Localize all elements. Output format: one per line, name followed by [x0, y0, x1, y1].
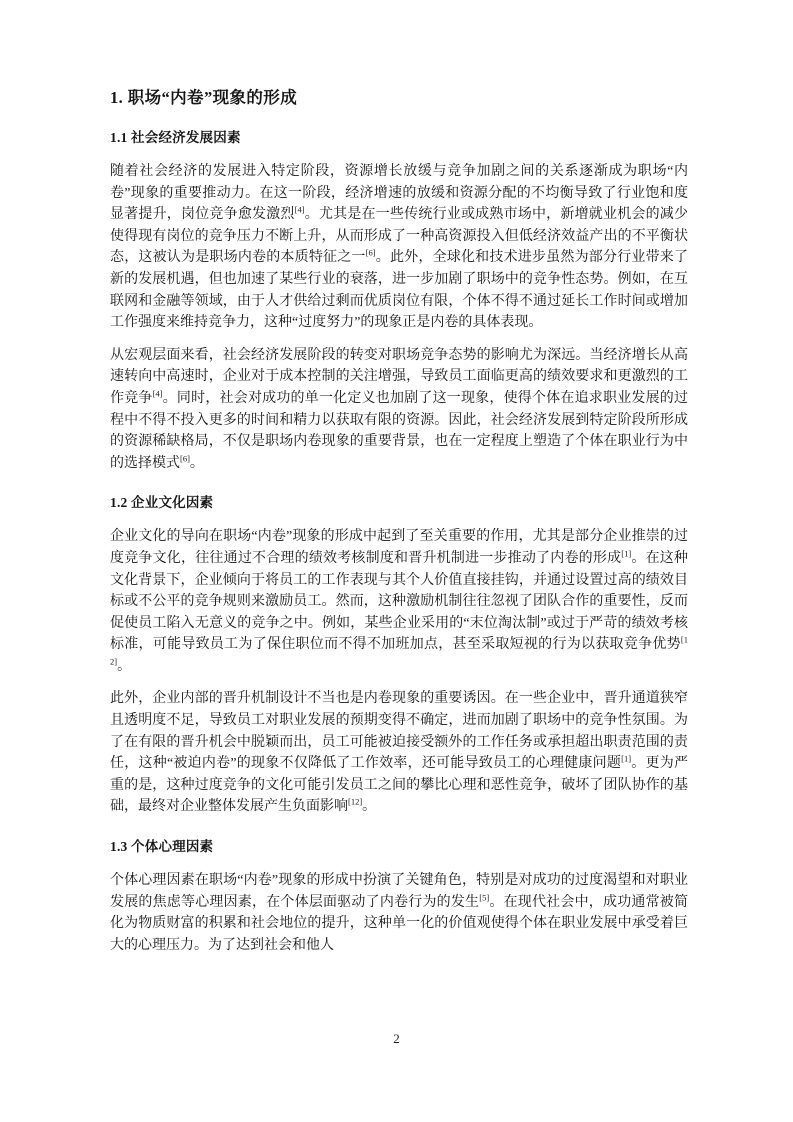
- section-social-economic: 1.1 社会经济发展因素 随着社会经济的发展进入特定阶段，资源增长放缓与竞争加剧…: [110, 126, 688, 474]
- citation-ref: [4]: [295, 205, 305, 215]
- document-content: 1. 职场“内卷”现象的形成 1.1 社会经济发展因素 随着社会经济的发展进入特…: [110, 84, 688, 967]
- section-corporate-culture: 1.2 企业文化因素 企业文化的导向在职场“内卷”现象的形成中起到了至关重要的作…: [110, 491, 688, 818]
- citation-ref: [6]: [180, 453, 190, 463]
- paragraph: 此外，企业内部的晋升机制设计不当也是内卷现象的重要诱因。在一些企业中，晋升通道狭…: [110, 688, 688, 818]
- section-individual-psychology: 1.3 个体心理因素 个体心理因素在职场“内卷”现象的形成中扮演了关键角色，特别…: [110, 835, 688, 956]
- page-number: 2: [0, 1031, 793, 1047]
- citation-ref: [5]: [479, 892, 489, 902]
- page-title: 1. 职场“内卷”现象的形成: [110, 84, 688, 108]
- citation-ref: [1]: [621, 548, 631, 558]
- citation-ref: [6]: [366, 248, 376, 258]
- section-heading-1-1: 1.1 社会经济发展因素: [110, 126, 688, 146]
- citation-ref: [1]: [621, 754, 631, 764]
- paragraph: 随着社会经济的发展进入特定阶段，资源增长放缓与竞争加剧之间的关系逐渐成为职场“内…: [110, 161, 688, 334]
- citation-ref: [12]: [110, 635, 688, 667]
- citation-ref: [4]: [153, 388, 163, 398]
- paragraph: 个体心理因素在职场“内卷”现象的形成中扮演了关键角色，特别是对成功的过度渴望和对…: [110, 870, 688, 956]
- document-page: 1. 职场“内卷”现象的形成 1.1 社会经济发展因素 随着社会经济的发展进入特…: [0, 0, 793, 1122]
- section-heading-1-2: 1.2 企业文化因素: [110, 491, 688, 511]
- paragraph: 从宏观层面来看，社会经济发展阶段的转变对职场竞争态势的影响尤为深远。当经济增长从…: [110, 345, 688, 475]
- paragraph: 企业文化的导向在职场“内卷”现象的形成中起到了至关重要的作用，尤其是部分企业推崇…: [110, 526, 688, 677]
- citation-ref: [12]: [348, 797, 362, 807]
- section-heading-1-3: 1.3 个体心理因素: [110, 835, 688, 855]
